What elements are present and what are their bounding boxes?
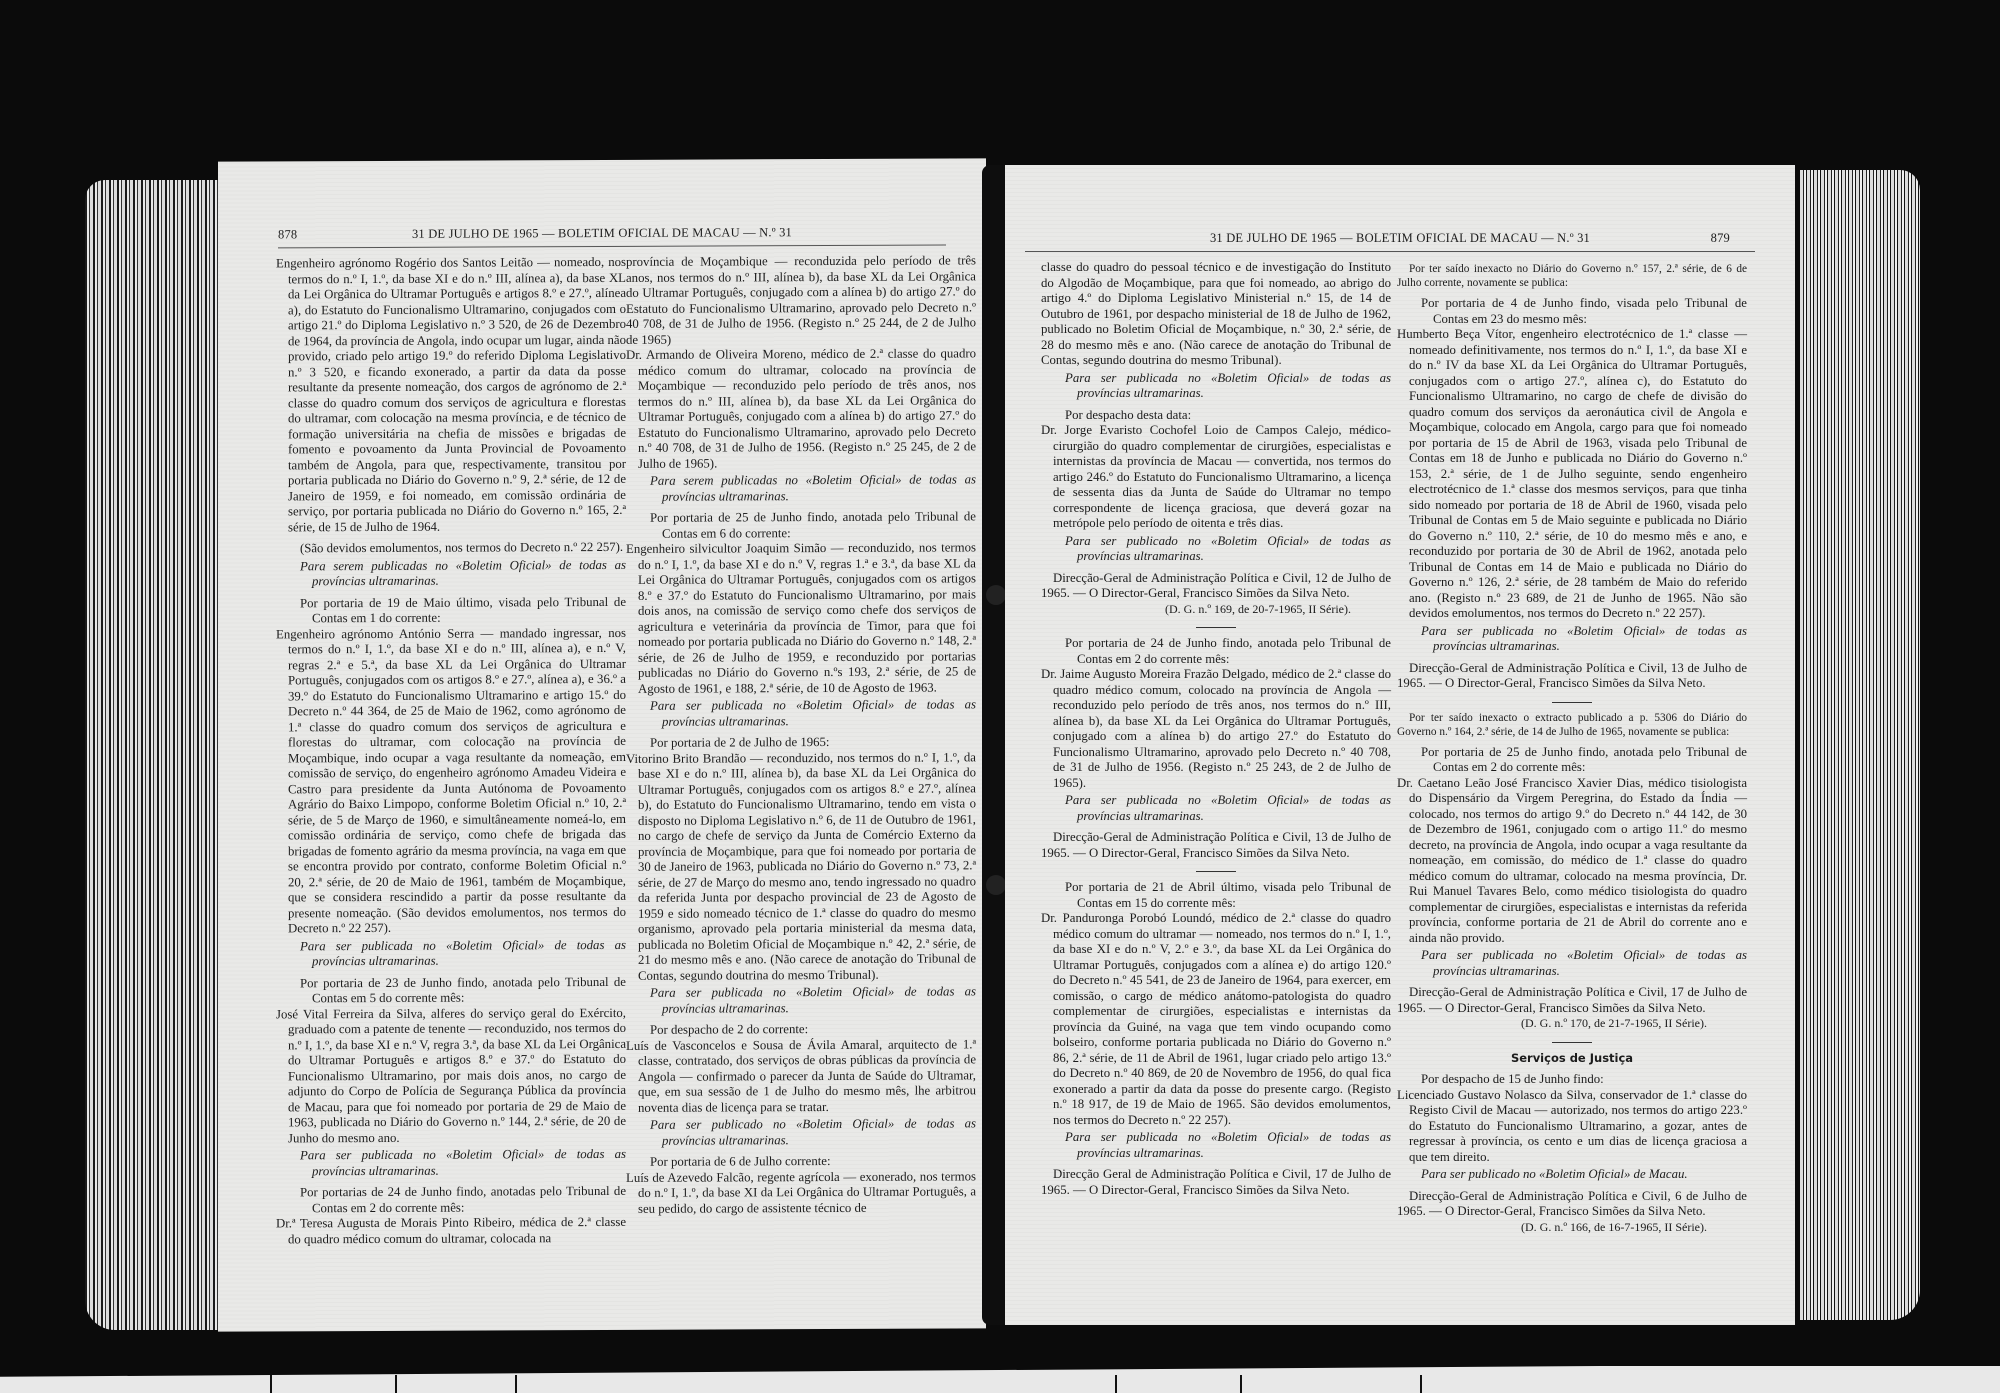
section-separator (1552, 1042, 1592, 1043)
paragraph: Direcção Geral de Administração Política… (1041, 1167, 1391, 1198)
paragraph: Para ser publicada no «Boletim Oficial» … (276, 1147, 626, 1180)
section-separator (1196, 627, 1236, 628)
paragraph: Para serem publicadas no «Boletim Oficia… (276, 557, 626, 590)
paragraph: Por portaria de 24 de Junho findo, anota… (1041, 636, 1391, 667)
paragraph: Dr.ª Teresa Augusta de Morais Pinto Ribe… (276, 1215, 626, 1248)
running-head-right: 31 DE JULHO DE 1965 — BOLETIM OFICIAL DE… (1005, 231, 1795, 246)
header-rule (1025, 251, 1755, 252)
paragraph: Por portaria de 25 de Junho findo, anota… (626, 509, 976, 542)
paragraph: Por portaria de 23 de Junho findo, anota… (276, 974, 626, 1007)
paragraph: Direcção-Geral de Administração Política… (1041, 571, 1391, 602)
section-separator (1552, 702, 1592, 703)
left-page-column-2: província de Moçambique — reconduzida pe… (626, 253, 976, 1217)
header-rule (278, 244, 946, 248)
paragraph: Para ser publicada no «Boletim Oficial» … (1397, 624, 1747, 655)
left-page-edges (85, 180, 225, 1330)
paragraph: Dr. Panduronga Porobó Loundó, médico de … (1041, 911, 1391, 1128)
paragraph: Licenciado Gustavo Nolasco da Silva, con… (1397, 1088, 1747, 1166)
paragraph: Por despacho desta data: (1041, 408, 1391, 424)
paragraph: (São devidos emolumentos, nos termos do … (276, 540, 626, 557)
paragraph: província de Moçambique — reconduzida pe… (626, 253, 976, 348)
paragraph: Engenheiro silvicultor Joaquim Simão — r… (626, 540, 976, 697)
paragraph: Por portaria de 4 de Junho findo, visada… (1397, 296, 1747, 327)
section-heading: Serviços de Justiça (1397, 1051, 1747, 1067)
paragraph: Dr. Caetano Leão José Francisco Xavier D… (1397, 776, 1747, 947)
paragraph: Por portaria de 21 de Abril último, visa… (1041, 880, 1391, 911)
paragraph: Para ser publicado no «Boletim Oficial» … (1397, 1167, 1747, 1183)
paragraph: Dr. Jaime Augusto Moreira Frazão Delgado… (1041, 667, 1391, 791)
paragraph: Por portaria de 25 de Junho findo, anota… (1397, 745, 1747, 776)
scan-bottom-strip (0, 1366, 2000, 1393)
right-page-column-1: classe do quadro do pessoal técnico e de… (1041, 260, 1391, 1198)
paragraph: Engenheiro agrónomo Rogério dos Santos L… (276, 255, 626, 536)
paragraph: Para ser publicada no «Boletim Oficial» … (626, 697, 976, 730)
paragraph: Para ser publicada no «Boletim Oficial» … (626, 984, 976, 1017)
paragraph: Para ser publicado no «Boletim Oficial» … (626, 1116, 976, 1149)
paragraph: Engenheiro agrónomo António Serra — mand… (276, 625, 626, 937)
paragraph: Por portaria de 19 de Maio último, visad… (276, 594, 626, 627)
running-head-text: 31 DE JULHO DE 1965 — BOLETIM OFICIAL DE… (1210, 231, 1590, 245)
left-page: 878 31 DE JULHO DE 1965 — BOLETIM OFICIA… (218, 158, 986, 1331)
page-number-left: 878 (278, 227, 297, 242)
paragraph: Para ser publicada no «Boletim Oficial» … (276, 937, 626, 970)
paragraph: Para ser publicada no «Boletim Oficial» … (1041, 793, 1391, 824)
paragraph: Luís de Vasconcelos e Sousa de Ávila Ama… (626, 1037, 976, 1116)
paragraph: Para ser publicada no «Boletim Oficial» … (1041, 1130, 1391, 1161)
page-number-right: 879 (1711, 231, 1730, 246)
running-head-left: 878 31 DE JULHO DE 1965 — BOLETIM OFICIA… (218, 224, 986, 242)
paragraph: Para ser publicada no «Boletim Oficial» … (1397, 948, 1747, 979)
right-page-edges (1800, 170, 1920, 1320)
paragraph: Direcção-Geral de Administração Política… (1397, 1189, 1747, 1220)
running-head-text: 31 DE JULHO DE 1965 — BOLETIM OFICIAL DE… (412, 225, 792, 241)
paragraph: Por portaria de 2 de Julho de 1965: (626, 734, 976, 751)
right-page: 31 DE JULHO DE 1965 — BOLETIM OFICIAL DE… (1005, 165, 1795, 1325)
paragraph: Por ter saído inexacto no Diário do Gove… (1397, 262, 1747, 290)
paragraph: Para serem publicadas no «Boletim Oficia… (626, 472, 976, 505)
section-separator (1196, 871, 1236, 872)
paragraph: Dr. Jorge Evaristo Cochofel Loio de Camp… (1041, 423, 1391, 532)
paragraph: (D. G. n.º 170, de 21-7-1965, II Série). (1397, 1016, 1747, 1032)
paragraph: Humberto Beça Vítor, engenheiro electrot… (1397, 327, 1747, 622)
paragraph: Por despacho de 2 do corrente: (626, 1021, 976, 1038)
paragraph: Por despacho de 15 de Junho findo: (1397, 1072, 1747, 1088)
paragraph: (D. G. n.º 166, de 16-7-1965, II Série). (1397, 1220, 1747, 1236)
right-page-column-2: Por ter saído inexacto no Diário do Gove… (1397, 260, 1747, 1235)
paragraph: Para ser publicado no «Boletim Oficial» … (1041, 534, 1391, 565)
paragraph: Direcção-Geral de Administração Política… (1041, 830, 1391, 861)
paragraph: Por portarias de 24 de Junho findo, anot… (276, 1184, 626, 1217)
paragraph: Por ter saído inexacto o extracto public… (1397, 711, 1747, 739)
binding-hole (986, 875, 1006, 895)
left-page-column-1: Engenheiro agrónomo Rogério dos Santos L… (276, 255, 626, 1248)
paragraph: Por portaria de 6 de Julho corrente: (626, 1153, 976, 1170)
paragraph: Vitorino Brito Brandão — reconduzido, no… (626, 750, 976, 984)
paragraph: José Vital Ferreira da Silva, alferes do… (276, 1005, 626, 1146)
paragraph: Direcção-Geral de Administração Política… (1397, 985, 1747, 1016)
paragraph: classe do quadro do pessoal técnico e de… (1041, 260, 1391, 369)
paragraph: Direcção-Geral de Administração Política… (1397, 661, 1747, 692)
paragraph: Para ser publicada no «Boletim Oficial» … (1041, 371, 1391, 402)
binding-hole (986, 585, 1006, 605)
paragraph: Luís de Azevedo Falcão, regente agrícola… (626, 1169, 976, 1217)
paragraph: Dr. Armando de Oliveira Moreno, médico d… (626, 346, 976, 472)
paragraph: (D. G. n.º 169, de 20-7-1965, II Série). (1041, 602, 1391, 618)
